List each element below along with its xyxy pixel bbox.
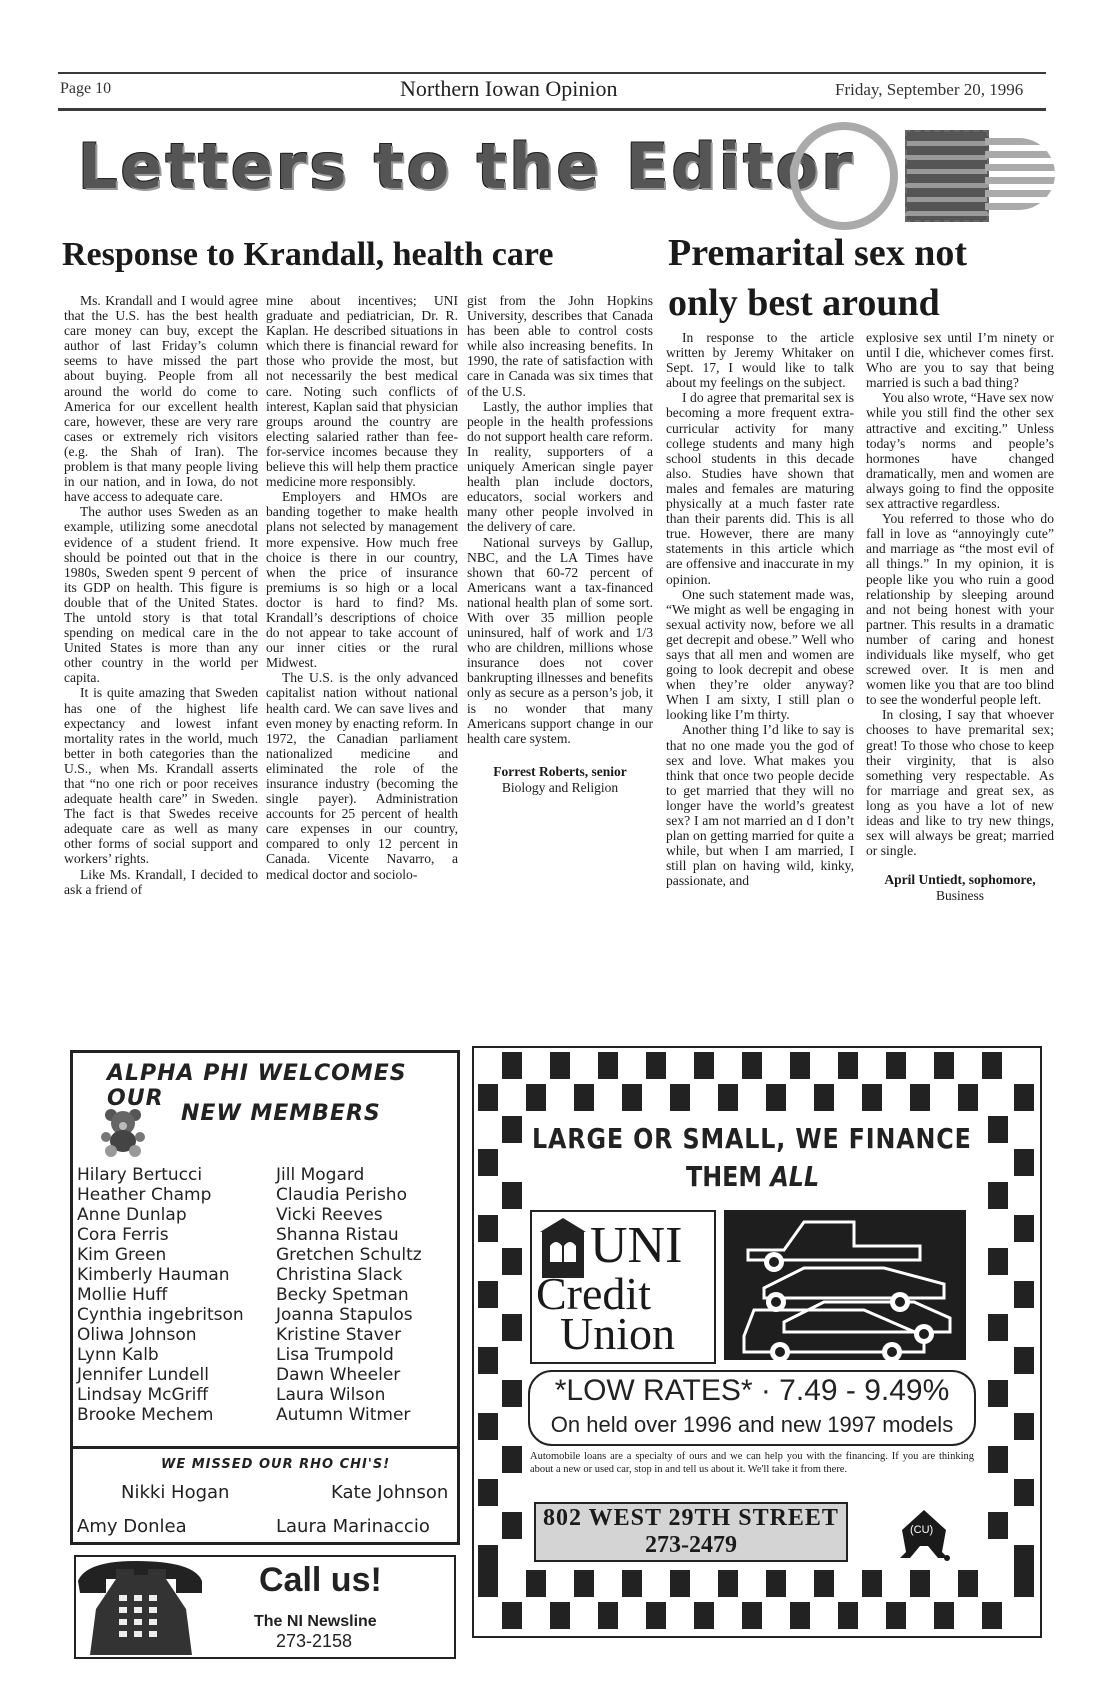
logo-text-union: Union: [560, 1312, 675, 1356]
rho-chi-section: WE MISSED OUR RHO CHI'S! Nikki Hogan Kat…: [70, 1446, 460, 1545]
member-name: Becky Spetman: [276, 1285, 422, 1305]
uni-credit-union-logo: UNI Credit Union: [530, 1210, 716, 1364]
checker-square: [670, 1570, 690, 1597]
checker-square: [502, 1512, 522, 1539]
paragraph: The U.S. is the only advanced capitalist…: [266, 670, 458, 881]
checker-square: [988, 1182, 1008, 1209]
checker-square: [478, 1545, 498, 1572]
headline-line-2: only best around: [668, 278, 967, 328]
checker-square: [1014, 1149, 1034, 1176]
member-name: Jill Mogard: [276, 1165, 422, 1185]
checker-square: [1014, 1570, 1034, 1597]
member-name: Shanna Ristau: [276, 1225, 422, 1245]
letter1-signature: Forrest Roberts, senior Biology and Reli…: [467, 764, 653, 796]
member-name: Jennifer Lundell: [77, 1365, 244, 1385]
checker-square: [838, 1602, 858, 1629]
members-list-left: Hilary Bertucci Heather Champ Anne Dunla…: [77, 1165, 244, 1425]
paragraph: gist from the John Hopkins University, d…: [467, 293, 653, 399]
member-name: Nikki Hogan: [121, 1483, 229, 1503]
paragraph: You also wrote, “Have sex now while you …: [866, 390, 1054, 511]
cu-headline-line-2: THEM ALL: [686, 1160, 819, 1193]
checker-square: [934, 1602, 954, 1629]
cu-logo-icon: (CU): [898, 1506, 950, 1562]
checker-square: [958, 1570, 978, 1597]
letter1-headline: Response to Krandall, health care: [62, 236, 553, 274]
checker-square: [1014, 1281, 1034, 1308]
checker-square: [502, 1446, 522, 1473]
checker-square: [646, 1602, 666, 1629]
member-name: Kim Green: [77, 1245, 244, 1265]
checker-square: [526, 1084, 546, 1111]
checker-square: [910, 1570, 930, 1597]
checker-square: [478, 1347, 498, 1374]
checker-square: [886, 1602, 906, 1629]
checker-square: [478, 1215, 498, 1242]
checker-square: [694, 1052, 714, 1079]
member-name: Christina Slack: [276, 1265, 422, 1285]
checker-square: [670, 1084, 690, 1111]
checker-square: [814, 1570, 834, 1597]
paragraph: Employers and HMOs are banding together …: [266, 489, 458, 670]
member-name: Laura Wilson: [276, 1385, 422, 1405]
address-text: 802 WEST 29TH STREET: [536, 1504, 846, 1532]
checker-square: [622, 1084, 642, 1111]
paragraph: It is quite amazing that Sweden has one …: [64, 685, 258, 866]
checker-square: [958, 1084, 978, 1111]
author-affiliation: Biology and Religion: [467, 780, 653, 796]
checker-square: [814, 1084, 834, 1111]
paragraph: You referred to those who do fall in lov…: [866, 511, 1054, 707]
member-name: Anne Dunlap: [77, 1205, 244, 1225]
member-name: Kristine Staver: [276, 1325, 422, 1345]
phone-text: 273-2479: [536, 1532, 846, 1558]
models-text: On held over 1996 and new 1997 models: [530, 1412, 974, 1438]
paragraph: One such statement made was, “We might a…: [666, 587, 854, 723]
checker-square: [718, 1570, 738, 1597]
headline-emphasis: ALL: [770, 1160, 819, 1193]
member-name: Oliwa Johnson: [77, 1325, 244, 1345]
author-name: April Untiedt, sophomore,: [866, 872, 1054, 888]
checker-square: [694, 1602, 714, 1629]
checker-square: [988, 1314, 1008, 1341]
checker-square: [742, 1602, 762, 1629]
member-name: Lisa Trumpold: [276, 1345, 422, 1365]
masthead-rule: [58, 108, 1046, 111]
checker-square: [478, 1084, 498, 1111]
member-name: Joanna Stapulos: [276, 1305, 422, 1325]
letter1-column-3: gist from the John Hopkins University, d…: [467, 293, 653, 796]
member-name: Autumn Witmer: [276, 1405, 422, 1425]
paragraph: The author uses Sweden as an example, ut…: [64, 504, 258, 685]
checker-square: [478, 1570, 498, 1597]
checker-square: [502, 1314, 522, 1341]
checker-square: [988, 1512, 1008, 1539]
member-name: Brooke Mechem: [77, 1405, 244, 1425]
loan-blurb: Automobile loans are a specialty of ours…: [530, 1450, 974, 1476]
member-name: Amy Donlea: [77, 1517, 187, 1537]
newsline-ad: Call us! The NI Newsline 273-2158: [74, 1555, 456, 1659]
member-name: Heather Champ: [77, 1185, 244, 1205]
checker-square: [478, 1413, 498, 1440]
cars-illustration-icon: [724, 1210, 966, 1360]
newsline-name: The NI Newsline: [254, 1613, 377, 1631]
checker-square: [790, 1602, 810, 1629]
alpha-phi-ad: ALPHA PHI WELCOMES OUR NEW MEMBERS Hilar…: [70, 1050, 460, 1452]
author-name: Forrest Roberts, senior: [467, 764, 653, 780]
member-name: Claudia Perisho: [276, 1185, 422, 1205]
logo-text-uni: UNI: [590, 1220, 682, 1272]
checker-square: [910, 1084, 930, 1111]
member-name: Cora Ferris: [77, 1225, 244, 1245]
checker-square: [766, 1570, 786, 1597]
teddy-bear-icon: [97, 1107, 149, 1157]
page-number: Page 10: [60, 80, 111, 98]
letter2-column-2: explosive sex until I’m ninety or until …: [866, 330, 1054, 904]
checker-square: [886, 1052, 906, 1079]
checker-square: [1014, 1479, 1034, 1506]
rates-text: *LOW RATES* · 7.49 - 9.49%: [530, 1374, 974, 1408]
checker-square: [502, 1248, 522, 1275]
checker-square: [478, 1149, 498, 1176]
member-name: Vicki Reeves: [276, 1205, 422, 1225]
rates-callout: *LOW RATES* · 7.49 - 9.49% On held over …: [528, 1370, 976, 1446]
member-name: Cynthia ingebritson: [77, 1305, 244, 1325]
letter2-column-1: In response to the article written by Je…: [666, 330, 854, 888]
checker-square: [1014, 1084, 1034, 1111]
checker-square: [526, 1570, 546, 1597]
paragraph: In closing, I say that whoever chooses t…: [866, 707, 1054, 858]
cu-headline-line-1: LARGE OR SMALL, WE FINANCE: [532, 1122, 972, 1155]
checker-square: [478, 1479, 498, 1506]
top-rule: [58, 72, 1046, 74]
checker-square: [1014, 1413, 1034, 1440]
paragraph: National surveys by Gallup, NBC, and the…: [467, 535, 653, 746]
issue-date: Friday, September 20, 1996: [835, 80, 1023, 100]
checker-square: [478, 1281, 498, 1308]
checker-square: [838, 1052, 858, 1079]
checker-square: [742, 1052, 762, 1079]
checker-square: [1014, 1215, 1034, 1242]
member-name: Mollie Huff: [77, 1285, 244, 1305]
letter2-headline: Premarital sex not only best around: [668, 228, 967, 328]
telephone-icon: [76, 1559, 206, 1655]
checker-square: [622, 1570, 642, 1597]
member-name: Kimberly Hauman: [77, 1265, 244, 1285]
checker-square: [502, 1052, 522, 1079]
paragraph: In response to the article written by Je…: [666, 330, 854, 390]
headline-line-1: Premarital sex not: [668, 228, 967, 278]
checker-square: [982, 1602, 1002, 1629]
member-name: Gretchen Schultz: [276, 1245, 422, 1265]
checker-square: [988, 1116, 1008, 1143]
checker-square: [550, 1052, 570, 1079]
paragraph: Like Ms. Krandall, I decided to ask a fr…: [64, 867, 258, 897]
paragraph: mine about incentives; UNI graduate and …: [266, 293, 458, 489]
newsline-headline: Call us!: [259, 1561, 382, 1600]
checker-square: [790, 1052, 810, 1079]
checker-square: [934, 1052, 954, 1079]
author-affiliation: Business: [866, 888, 1054, 904]
headline-text: THEM: [686, 1160, 770, 1193]
checker-square: [1014, 1545, 1034, 1572]
checker-square: [550, 1602, 570, 1629]
letter2-signature: April Untiedt, sophomore, Business: [866, 872, 1054, 904]
address-box: 802 WEST 29TH STREET 273-2479: [534, 1502, 848, 1562]
paragraph: I do agree that premarital sex is becomi…: [666, 390, 854, 586]
paragraph: Lastly, the author implies that people i…: [467, 399, 653, 535]
members-list-right: Jill Mogard Claudia Perisho Vicki Reeves…: [276, 1165, 422, 1425]
paragraph: Ms. Krandall and I would agree that the …: [64, 293, 258, 504]
checker-square: [598, 1052, 618, 1079]
checker-square: [574, 1570, 594, 1597]
section-title: Northern Iowan Opinion: [400, 76, 618, 102]
checker-square: [598, 1602, 618, 1629]
checker-square: [988, 1446, 1008, 1473]
paragraph: explosive sex until I’m ninety or until …: [866, 330, 1054, 390]
checker-square: [766, 1084, 786, 1111]
newsline-phone: 273-2158: [276, 1631, 352, 1652]
letter1-column-2: mine about incentives; UNI graduate and …: [266, 293, 458, 882]
checker-square: [988, 1248, 1008, 1275]
member-name: Dawn Wheeler: [276, 1365, 422, 1385]
checker-square: [502, 1182, 522, 1209]
checker-square: [502, 1116, 522, 1143]
credit-union-ad: LARGE OR SMALL, WE FINANCE THEM ALL UNI …: [472, 1046, 1042, 1638]
rho-chi-title: WE MISSED OUR RHO CHI'S!: [161, 1457, 390, 1472]
checker-square: [646, 1052, 666, 1079]
member-name: Laura Marinaccio: [276, 1517, 430, 1537]
member-name: Kate Johnson: [331, 1483, 448, 1503]
cu-badge-text: (CU): [910, 1524, 933, 1536]
checker-square: [502, 1380, 522, 1407]
checker-square: [862, 1084, 882, 1111]
checker-square: [718, 1084, 738, 1111]
letter1-column-1: Ms. Krandall and I would agree that the …: [64, 293, 258, 897]
member-name: Lynn Kalb: [77, 1345, 244, 1365]
checker-square: [988, 1380, 1008, 1407]
checker-square: [982, 1052, 1002, 1079]
checker-square: [1014, 1347, 1034, 1374]
member-name: Hilary Bertucci: [77, 1165, 244, 1185]
member-name: Lindsay McGriff: [77, 1385, 244, 1405]
section-banner: Letters to the Editor: [78, 130, 855, 203]
paragraph: Another thing I’d like to say is that no…: [666, 722, 854, 888]
checker-square: [502, 1602, 522, 1629]
checker-square: [574, 1084, 594, 1111]
checker-square: [862, 1570, 882, 1597]
ad-title-line-2: NEW MEMBERS: [181, 1101, 381, 1126]
